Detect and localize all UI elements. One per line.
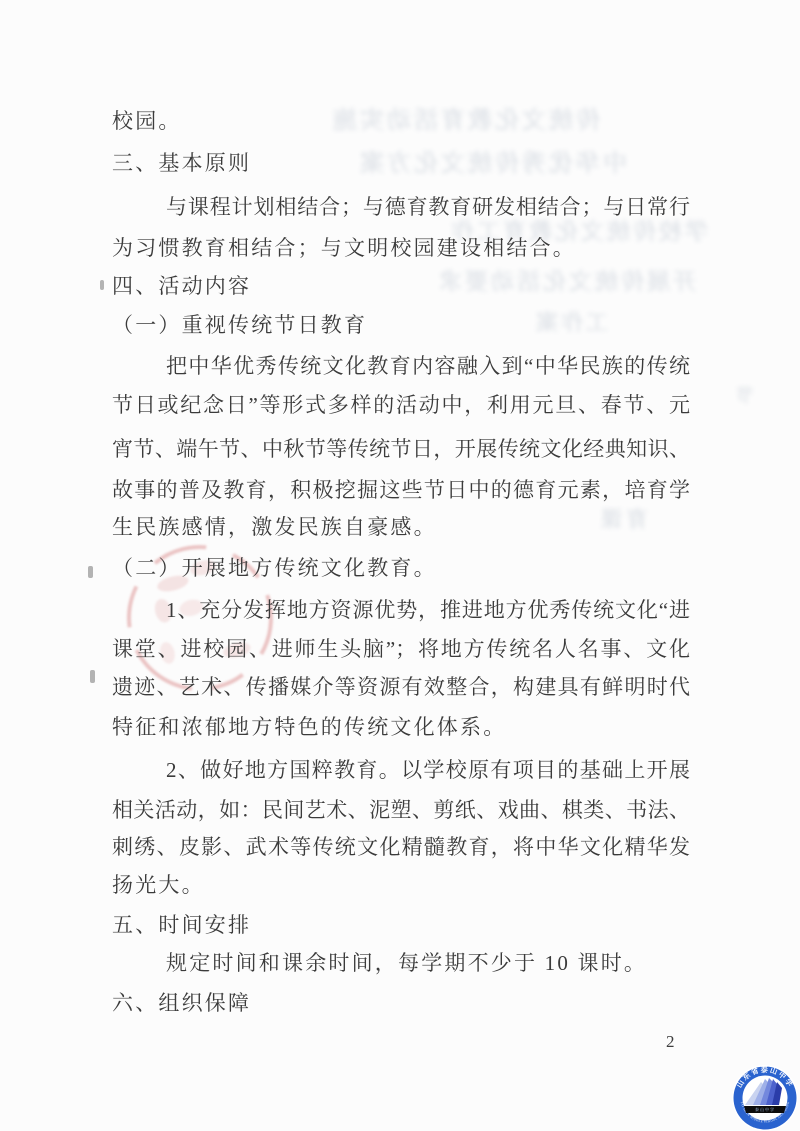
text-line-10: 故事的普及教育，积极挖掘这些节日中的德育元素，培育学: [112, 475, 690, 505]
text-line-14: 课堂、进校园、进师生头脑”；将地方传统名人名事、文化: [112, 634, 690, 664]
school-logo: 山东省泰山中学 TAI SHAN MIDDLE SCHOOL SHANDONG …: [731, 1064, 799, 1131]
text-line-22: 规定时间和课余时间，每学期不少于 10 课时。: [112, 948, 690, 978]
text-line-1: 校园。: [112, 106, 690, 136]
page-number: 2: [666, 1032, 675, 1052]
document-page: 传统文化教育活动实施中华优秀传统文化方案学校传统文化教育工作开展传统文化活动要求…: [0, 0, 800, 1131]
text-line-21: 五、时间安排: [112, 910, 690, 940]
text-line-13: 1、充分发挥地方资源优势，推进地方优秀传统文化“进: [112, 595, 690, 625]
text-line-7: 把中华优秀传统文化教育内容融入到“中华民族的传统: [112, 351, 690, 381]
text-line-6: （一）重视传统节日教育: [112, 310, 690, 340]
text-line-23: 六、组织保障: [112, 988, 690, 1018]
text-line-2: 三、基本原则: [112, 148, 690, 178]
text-line-17: 2、做好地方国粹教育。以学校原有项目的基础上开展: [112, 755, 690, 785]
text-line-12: （二）开展地方传统文化教育。: [112, 553, 690, 583]
text-line-8: 节日或纪念日”等形式多样的活动中，利用元旦、春节、元: [112, 390, 690, 420]
text-line-18: 相关活动，如：民间艺术、泥塑、剪纸、戏曲、棋类、书法、: [112, 795, 690, 825]
text-line-19: 刺绣、皮影、武术等传统文化精髓教育，将中华文化精华发: [112, 832, 690, 862]
scan-speck: [88, 566, 93, 578]
text-line-15: 遗迹、艺术、传播媒介等资源有效整合，构建具有鲜明时代: [112, 672, 690, 702]
text-line-4: 为习惯教育相结合；与文明校园建设相结合。: [112, 233, 690, 263]
text-line-11: 生民族感情，激发民族自豪感。: [112, 512, 690, 542]
text-line-9: 宵节、端午节、中秋节等传统节日，开展传统文化经典知识、: [112, 434, 690, 464]
bleed-through-illegible-text: 节: [733, 382, 754, 408]
scan-speck: [100, 280, 104, 290]
text-line-3: 与课程计划相结合；与德育教育研发相结合；与日常行: [112, 192, 690, 222]
logo-base-text: 泰山中学: [755, 1106, 775, 1112]
scan-speck: [90, 670, 95, 683]
text-line-16: 特征和浓郁地方特色的传统文化体系。: [112, 712, 690, 742]
text-line-5: 四、活动内容: [112, 271, 690, 301]
text-line-20: 扬光大。: [112, 870, 690, 900]
